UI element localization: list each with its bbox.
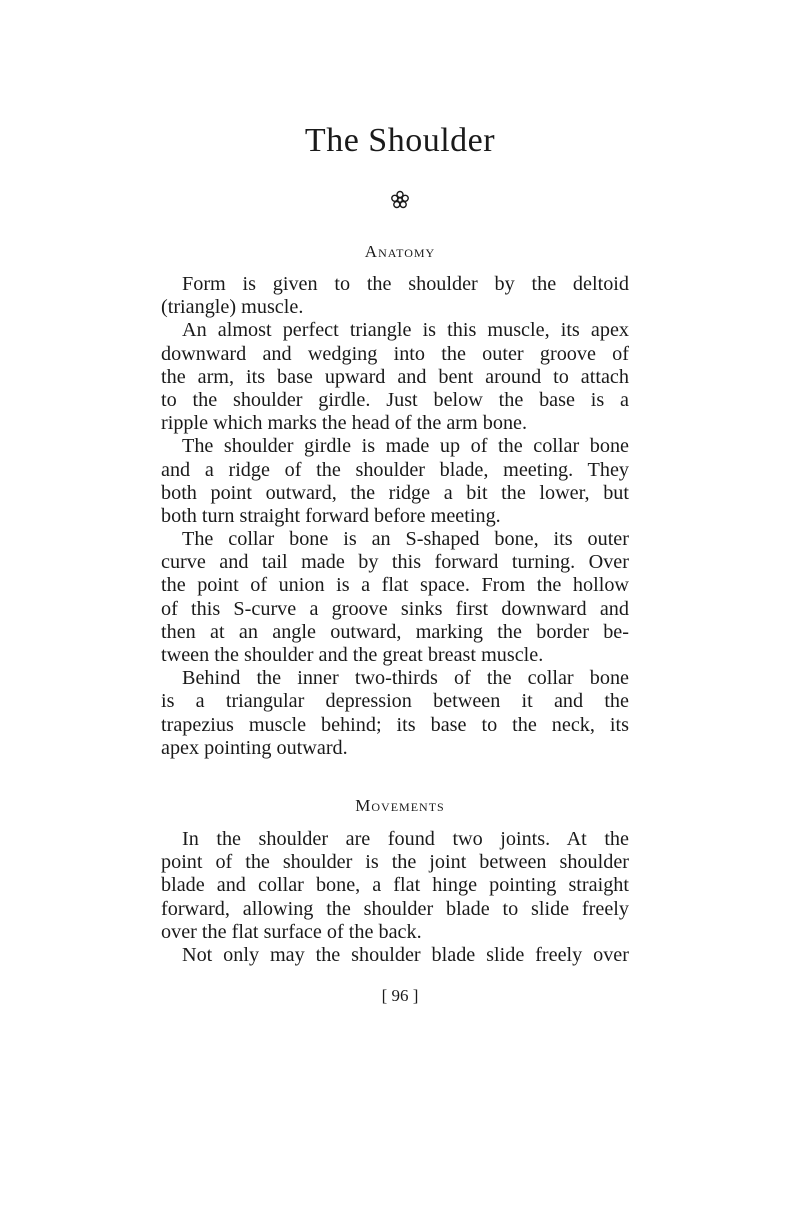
text-line: both turn straight forward before meetin…	[161, 505, 629, 528]
ornament	[0, 190, 800, 215]
paragraph: Not only may the shoulder blade slide fr…	[161, 944, 629, 967]
page-number: [ 96 ]	[0, 986, 800, 1006]
text-line: forward, allowing the shoulder blade to …	[161, 898, 629, 921]
section-body-movements: In the shoulder are found two joints. At…	[161, 828, 629, 967]
text-line: over the flat surface of the back.	[161, 921, 629, 944]
text-line: the point of union is a flat space. From…	[161, 574, 629, 597]
text-line: then at an angle outward, marking the bo…	[161, 621, 629, 644]
text-line: ripple which marks the head of the arm b…	[161, 412, 629, 435]
paragraph: Behind the inner two-thirds of the colla…	[161, 667, 629, 760]
text-line: and a ridge of the shoulder blade, meeti…	[161, 459, 629, 482]
text-line: point of the shoulder is the joint betwe…	[161, 851, 629, 874]
text-line: both point outward, the ridge a bit the …	[161, 482, 629, 505]
text-line: trapezius muscle behind; its base to the…	[161, 714, 629, 737]
paragraph: An almost perfect triangle is this muscl…	[161, 319, 629, 435]
text-line: In the shoulder are found two joints. At…	[161, 828, 629, 851]
text-line: Not only may the shoulder blade slide fr…	[161, 944, 629, 967]
text-line: to the shoulder girdle. Just below the b…	[161, 389, 629, 412]
text-line: of this S-curve a groove sinks first dow…	[161, 598, 629, 621]
section-heading-anatomy: Anatomy	[0, 242, 800, 262]
paragraph: In the shoulder are found two joints. At…	[161, 828, 629, 944]
text-line: Behind the inner two-thirds of the colla…	[161, 667, 629, 690]
text-line: blade and collar bone, a flat hinge poin…	[161, 874, 629, 897]
paragraph: The collar bone is an S-shaped bone, its…	[161, 528, 629, 667]
text-line: The collar bone is an S-shaped bone, its…	[161, 528, 629, 551]
section-heading-movements: Movements	[0, 796, 800, 816]
flower-ornament-icon	[390, 190, 410, 210]
page-title: The Shoulder	[0, 122, 800, 160]
text-line: tween the shoulder and the great breast …	[161, 644, 629, 667]
text-line: downward and wedging into the outer groo…	[161, 343, 629, 366]
paragraph: Form is given to the shoulder by the del…	[161, 273, 629, 319]
text-line: The shoulder girdle is made up of the co…	[161, 435, 629, 458]
text-line: the arm, its base upward and bent around…	[161, 366, 629, 389]
text-line: is a triangular depression between it an…	[161, 690, 629, 713]
text-line: An almost perfect triangle is this muscl…	[161, 319, 629, 342]
paragraph: The shoulder girdle is made up of the co…	[161, 435, 629, 528]
text-line: curve and tail made by this forward turn…	[161, 551, 629, 574]
text-line: (triangle) muscle.	[161, 296, 629, 319]
text-line: apex pointing outward.	[161, 737, 629, 760]
text-line: Form is given to the shoulder by the del…	[161, 273, 629, 296]
section-body-anatomy: Form is given to the shoulder by the del…	[161, 273, 629, 760]
